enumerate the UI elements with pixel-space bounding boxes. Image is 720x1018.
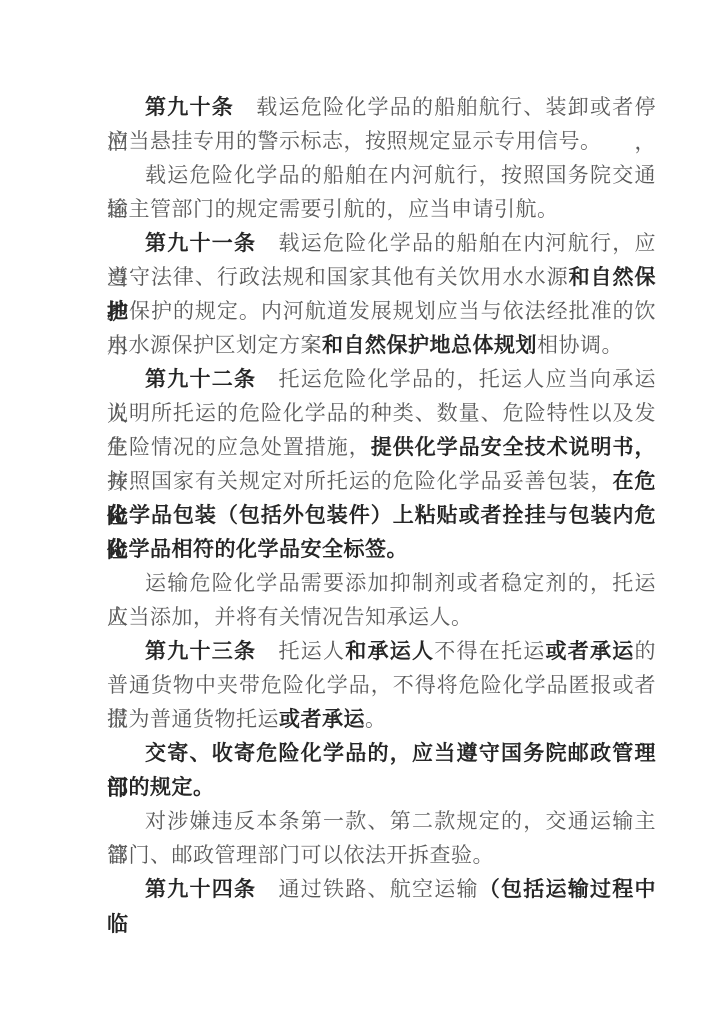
paragraph: 交寄、收寄危险化学品的，应当遵守国务院邮政管理部门的规定。 bbox=[107, 736, 656, 804]
emphasized-text: 第九十一条 bbox=[145, 232, 256, 255]
paragraph: 第九十四条 通过铁路、航空运输（包括运输过程中临 bbox=[107, 872, 656, 906]
text-line: 化学品包装（包括外包装件）上粘贴或者拴挂与包装内危险 bbox=[107, 498, 656, 532]
paragraph: 对涉嫌违反本条第一款、第二款规定的，交通运输主管部门、邮政管理部门可以依法开拆查… bbox=[107, 804, 656, 872]
emphasized-text: 化学品相符的化学品安全标签。 bbox=[107, 538, 408, 561]
emphasized-text: 或者承运 bbox=[546, 640, 635, 663]
body-text: 部门、邮政管理部门可以依法开拆查验。 bbox=[107, 843, 494, 867]
text-line: 对涉嫌违反本条第一款、第二款规定的，交通运输主管 bbox=[107, 804, 656, 838]
text-line: 载运危险化学品的船舶在内河航行，按照国务院交通运 bbox=[107, 158, 656, 192]
text-line: 第九十一条 载运危险化学品的船舶在内河航行，应当 bbox=[107, 226, 656, 260]
text-line: 交寄、收寄危险化学品的，应当遵守国务院邮政管理部 bbox=[107, 736, 656, 770]
body-text: 的 bbox=[635, 639, 657, 663]
text-line: 按照国家有关规定对所托运的危险化学品妥善包装，在危险 bbox=[107, 464, 656, 498]
text-line: 第九十条 载运危险化学品的船舶航行、装卸或者停泊， bbox=[107, 90, 656, 124]
emphasized-text: 提供化学品安全技术说明书， bbox=[371, 436, 656, 459]
text-line: 第九十二条 托运危险化学品的，托运人应当向承运人 bbox=[107, 362, 656, 396]
emphasized-text: 和自然保护地总体规划 bbox=[322, 334, 537, 357]
text-line: 应当添加，并将有关情况告知承运人。 bbox=[107, 600, 656, 634]
text-line: 危险情况的应急处置措施，提供化学品安全技术说明书，并 bbox=[107, 430, 656, 464]
text-line: 地保护的规定。内河航道发展规划应当与依法经批准的饮用 bbox=[107, 294, 656, 328]
paragraph: 第九十三条 托运人和承运人不得在托运或者承运的普通货物中夹带危险化学品，不得将危… bbox=[107, 634, 656, 736]
body-text: 应当添加，并将有关情况告知承运人。 bbox=[107, 605, 473, 629]
page-content: 第九十条 载运危险化学品的船舶航行、装卸或者停泊，应当悬挂专用的警示标志，按照规… bbox=[107, 90, 656, 906]
body-text: 输主管部门的规定需要引航的，应当申请引航。 bbox=[107, 197, 559, 221]
emphasized-text: 和承运人 bbox=[345, 640, 434, 663]
emphasized-text: 或者承运 bbox=[279, 708, 365, 731]
text-line: 普通货物中夹带危险化学品，不得将危险化学品匿报或者谎 bbox=[107, 668, 656, 702]
text-line: 水水源保护区划定方案和自然保护地总体规划相协调。 bbox=[107, 328, 656, 362]
body-text: 报为普通货物托运 bbox=[107, 707, 279, 731]
paragraph: 载运危险化学品的船舶在内河航行，按照国务院交通运输主管部门的规定需要引航的，应当… bbox=[107, 158, 656, 226]
body-text: 通过铁路、航空运输 bbox=[256, 877, 479, 901]
document-page: 第九十条 载运危险化学品的船舶航行、装卸或者停泊，应当悬挂专用的警示标志，按照规… bbox=[0, 0, 720, 1018]
body-text: 遵守法律、行政法规和国家其他有关饮用水水源 bbox=[107, 265, 569, 289]
paragraph: 运输危险化学品需要添加抑制剂或者稳定剂的，托运人应当添加，并将有关情况告知承运人… bbox=[107, 566, 656, 634]
body-text: 相协调。 bbox=[537, 333, 623, 357]
body-text: 不得在托运 bbox=[434, 639, 545, 663]
paragraph: 第九十条 载运危险化学品的船舶航行、装卸或者停泊，应当悬挂专用的警示标志，按照规… bbox=[107, 90, 656, 158]
emphasized-text: 门的规定。 bbox=[107, 776, 215, 799]
body-text: 水水源保护区划定方案 bbox=[107, 333, 322, 357]
text-line: 化学品相符的化学品安全标签。 bbox=[107, 532, 656, 566]
text-line: 遵守法律、行政法规和国家其他有关饮用水水源和自然保护 bbox=[107, 260, 656, 294]
emphasized-text: 地 bbox=[107, 300, 129, 323]
emphasized-text: 第九十二条 bbox=[145, 368, 256, 391]
text-line: 输主管部门的规定需要引航的，应当申请引航。 bbox=[107, 192, 656, 226]
text-line: 报为普通货物托运或者承运。 bbox=[107, 702, 656, 736]
body-text: 按照国家有关规定对所托运的危险化学品妥善包装， bbox=[107, 469, 613, 493]
body-text: 。 bbox=[365, 707, 387, 731]
text-line: 部门、邮政管理部门可以依法开拆查验。 bbox=[107, 838, 656, 872]
body-text: 托运人 bbox=[256, 639, 345, 663]
text-line: 应当悬挂专用的警示标志，按照规定显示专用信号。 bbox=[107, 124, 656, 158]
text-line: 第九十四条 通过铁路、航空运输（包括运输过程中临 bbox=[107, 872, 656, 906]
text-line: 门的规定。 bbox=[107, 770, 656, 804]
text-line: 运输危险化学品需要添加抑制剂或者稳定剂的，托运人 bbox=[107, 566, 656, 600]
paragraph: 第九十二条 托运危险化学品的，托运人应当向承运人说明所托运的危险化学品的种类、数… bbox=[107, 362, 656, 566]
body-text: 应当悬挂专用的警示标志，按照规定显示专用信号。 bbox=[107, 129, 602, 153]
emphasized-text: 第九十三条 bbox=[145, 640, 256, 663]
paragraph: 第九十一条 载运危险化学品的船舶在内河航行，应当遵守法律、行政法规和国家其他有关… bbox=[107, 226, 656, 362]
emphasized-text: 第九十四条 bbox=[145, 878, 256, 901]
body-text: 危险情况的应急处置措施， bbox=[107, 435, 371, 459]
emphasized-text: 第九十条 bbox=[145, 96, 234, 119]
text-line: 说明所托运的危险化学品的种类、数量、危险特性以及发生 bbox=[107, 396, 656, 430]
text-line: 第九十三条 托运人和承运人不得在托运或者承运的 bbox=[107, 634, 656, 668]
